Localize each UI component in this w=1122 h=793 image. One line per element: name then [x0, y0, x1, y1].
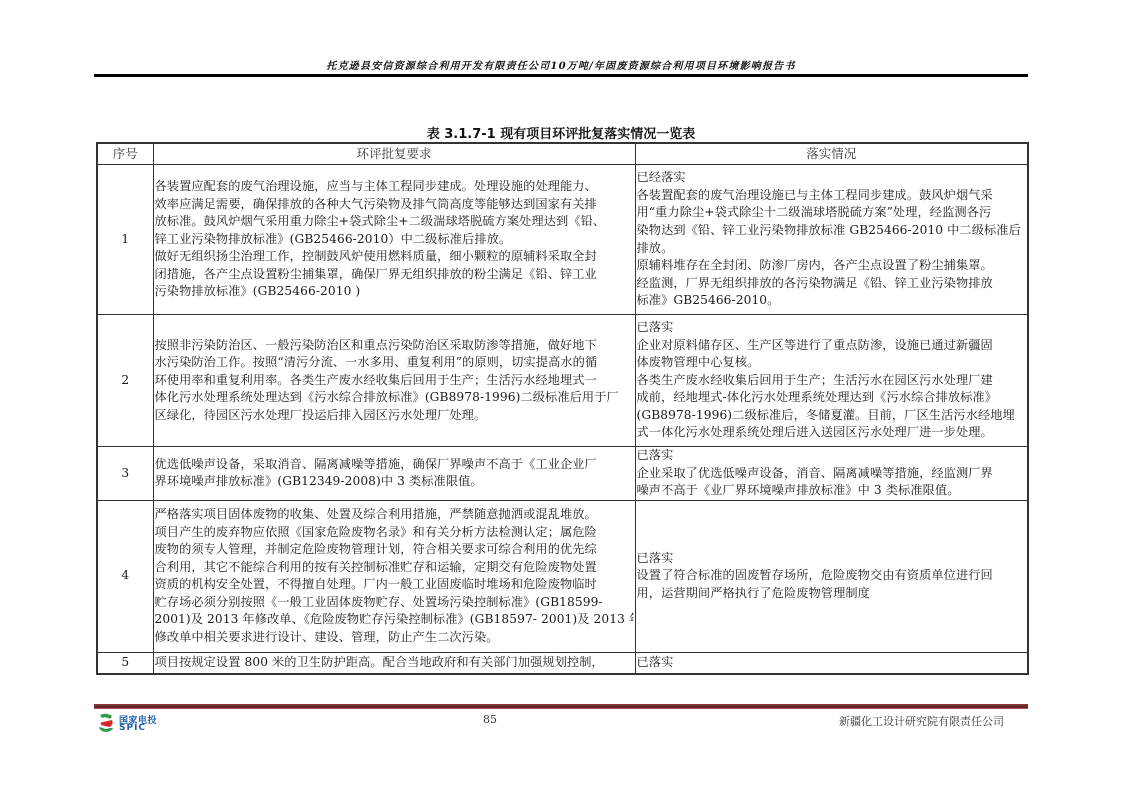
spic-logo: 国家电投 SPIC: [97, 712, 177, 734]
text-line: 式一体化污水处理系统处理后进入送园区污水处理厂进一步处理。: [637, 424, 1027, 442]
column-header-number: 序号: [97, 143, 153, 165]
spic-logo-icon: [97, 713, 115, 733]
text-line: 按照非污染防治区、一般污染防治区和重点污染防治区采取防渗等措施，做好地下: [155, 337, 634, 355]
text-line: 闭措施，各产尘点设置粉尘捕集罩，确保厂界无组织排放的粉尘满足《铅、锌工业: [155, 266, 634, 284]
text-line: 锌工业污染物排放标准》(GB25466-2010）中二级标准后排放。: [155, 231, 634, 249]
text-line: 废物的须专人管理，并制定危险废物管理计划，符合相关要求可综合利用的优先综: [155, 541, 634, 559]
approval-implementation-table: 序号 环评批复要求 落实情况 1 各装置应配套的废气治理设施，应当与主体工程同步…: [96, 142, 1029, 675]
text-line: 效率应满足需要，确保排放的各种大气污染物及排气筒高度等能够达到国家有关排: [155, 196, 634, 214]
text-line: 区绿化，待园区污水处理厂投运后排入园区污水处理厂处理。: [155, 407, 634, 425]
text-line: 资质的机构安全处置，不得擅自处理。厂内一般工业固废临时堆场和危险废物临时: [155, 576, 634, 594]
text-line: 企业对原料储存区、生产区等进行了重点防渗，设施已通过新疆固: [637, 337, 1027, 355]
implementation-cell: 已落实: [635, 652, 1028, 674]
status-text: 已落实: [637, 654, 1027, 672]
text-line: 设置了符合标准的固废暂存场所，危险废物交由有资质单位进行回: [637, 567, 1027, 585]
text-line: 染物达到《铅、锌工业污染物排放标准 GB25466-2010 中二级标准后: [637, 222, 1027, 240]
status-text: 已落实: [637, 319, 1027, 337]
requirement-cell: 优选低噪声设备，采取消音、隔离减噪等措施，确保厂界噪声不高于《工业企业厂 界环境…: [153, 447, 635, 501]
text-line: 做好无组织扬尘治理工作，控制鼓风炉使用燃料质量，细小颗粒的原辅料采取全封: [155, 248, 634, 266]
column-header-requirement: 环评批复要求: [153, 143, 635, 165]
text-line: 项目产生的废弃物应依照《国家危险废物名录》和有关分析方法检测认定；属危险: [155, 524, 634, 542]
company-name: 新疆化工设计研究院有限责任公司: [839, 713, 1004, 729]
implementation-cell: 已落实 企业对原料储存区、生产区等进行了重点防渗，设施已通过新疆固 体废物管理中…: [635, 315, 1028, 447]
text-line: 合利用，其它不能综合利用的按有关控制标准贮存和运输，定期交有危险废物处置: [155, 559, 634, 577]
text-line: 严格落实项目固体废物的收集、处置及综合利用措施，严禁随意抛洒或混乱堆放。: [155, 506, 634, 524]
text-line: 排放。: [637, 240, 1027, 258]
text-line: 标准》GB25466-2010。: [637, 292, 1027, 310]
row-number: 3: [97, 447, 153, 501]
text-line: 经监测，厂界无组织排放的各污染物满足《铅、锌工业污染物排放: [637, 275, 1027, 293]
text-line: 成前，经地埋式-体化污水处理系统处理达到《污水综合排放标准》: [637, 389, 1027, 407]
table-row: 1 各装置应配套的废气治理设施，应当与主体工程同步建成。处理设施的处理能力、 效…: [97, 165, 1028, 315]
text-line: 原辅料堆存在全封闭、防渗厂房内，各产尘点设置了粉尘捕集罩。: [637, 257, 1027, 275]
text-line: 体化污水处理系统处理达到《污水综合排放标准》(GB8978-1996)二级标准后…: [155, 389, 634, 407]
text-line: 各类生产废水经收集后回用于生产；生活污水在园区污水处理厂建: [637, 372, 1027, 390]
text-line: 用“重力除尘+袋式除尘十二级湍球塔脱硫方案”处理，经监测各污: [637, 204, 1027, 222]
row-number: 1: [97, 165, 153, 315]
text-line: 企业采取了优选低噪声设备，消音、隔离减噪等措施，经监测厂界: [637, 465, 1027, 483]
requirement-cell: 各装置应配套的废气治理设施，应当与主体工程同步建成。处理设施的处理能力、 效率应…: [153, 165, 635, 315]
text-line: (GB8978-1996)二级标准后，冬储夏灌。目前，厂区生活污水经地埋: [637, 407, 1027, 425]
text-line: 噪声不高于《业厂界环境噪声排放标准》中 3 类标准限值。: [637, 482, 1027, 500]
footer-rule: [94, 704, 1028, 709]
table-row: 2 按照非污染防治区、一般污染防治区和重点污染防治区采取防渗等措施，做好地下 水…: [97, 315, 1028, 447]
logo-text-en: SPIC: [119, 723, 146, 733]
text-line: 贮存场必须分别按照《一般工业固体废物贮存、处置场污染控制标准》(GB18599-: [155, 594, 634, 612]
text-line: 水污染防治工作。按照“清污分流、一水多用、重复利用”的原则，切实提高水的循: [155, 354, 634, 372]
implementation-cell: 已落实 企业采取了优选低噪声设备，消音、隔离减噪等措施，经监测厂界 噪声不高于《…: [635, 447, 1028, 501]
text-line: 修改单中相关要求进行设计、建设、管理，防止产生二次污染。: [155, 629, 634, 647]
text-line: 污染物排放标准》(GB25466-2010 ): [155, 283, 634, 301]
text-line: 用，运营期间严格执行了危险废物管理制度: [637, 585, 1027, 603]
implementation-cell: 已经落实 各装置配套的废气治理设施已与主体工程同步建成。鼓风炉烟气采 用“重力除…: [635, 165, 1028, 315]
status-text: 已落实: [637, 447, 1027, 465]
text-line: 放标准。鼓风炉烟气采用重力除尘+袋式除尘+二级湍球塔脱硫方案处理达到《铅、: [155, 213, 634, 231]
text-line: 体废物管理中心复核。: [637, 354, 1027, 372]
text-line: 优选低噪声设备，采取消音、隔离减噪等措施，确保厂界噪声不高于《工业企业厂: [155, 456, 634, 474]
requirement-cell: 按照非污染防治区、一般污染防治区和重点污染防治区采取防渗等措施，做好地下 水污染…: [153, 315, 635, 447]
table-row: 4 严格落实项目固体废物的收集、处置及综合利用措施，严禁随意抛洒或混乱堆放。 项…: [97, 500, 1028, 652]
requirement-cell: 项目按规定设置 800 米的卫生防护距高。配合当地政府和有关部门加强规划控制，: [153, 652, 635, 674]
text-line: 2001)及 2013 年修改单、《危险废物贮存污染控制标准》(GB18597-…: [155, 611, 634, 629]
running-header-title: 托克逊县安信资源综合利用开发有限责任公司10万吨/年固废资源综合利用项目环境影响…: [96, 57, 1026, 72]
table-row: 5 项目按规定设置 800 米的卫生防护距高。配合当地政府和有关部门加强规划控制…: [97, 652, 1028, 674]
row-number: 5: [97, 652, 153, 674]
requirement-cell: 严格落实项目固体废物的收集、处置及综合利用措施，严禁随意抛洒或混乱堆放。 项目产…: [153, 500, 635, 652]
row-number: 2: [97, 315, 153, 447]
table-title: 表 3.1.7-1 现有项目环评批复落实情况一览表: [96, 123, 1026, 142]
page-number: 85: [470, 713, 510, 726]
header-rule: [94, 74, 1028, 77]
text-line: 项目按规定设置 800 米的卫生防护距高。配合当地政府和有关部门加强规划控制，: [155, 654, 634, 672]
table-header-row: 序号 环评批复要求 落实情况: [97, 143, 1028, 165]
table-row: 3 优选低噪声设备，采取消音、隔离减噪等措施，确保厂界噪声不高于《工业企业厂 界…: [97, 447, 1028, 501]
text-line: 界环境噪声排放标准》(GB12349-2008)中 3 类标准限值。: [155, 473, 634, 491]
row-number: 4: [97, 500, 153, 652]
implementation-cell: 已落实 设置了符合标准的固废暂存场所，危险废物交由有资质单位进行回 用，运营期间…: [635, 500, 1028, 652]
status-text: 已落实: [637, 550, 1027, 568]
text-line: 各装置应配套的废气治理设施，应当与主体工程同步建成。处理设施的处理能力、: [155, 178, 634, 196]
column-header-implementation: 落实情况: [635, 143, 1028, 165]
status-text: 已经落实: [637, 169, 1027, 187]
text-line: 各装置配套的废气治理设施已与主体工程同步建成。鼓风炉烟气采: [637, 187, 1027, 205]
text-line: 环使用率和重复利用率。各类生产废水经收集后回用于生产；生活污水经地埋式一: [155, 372, 634, 390]
